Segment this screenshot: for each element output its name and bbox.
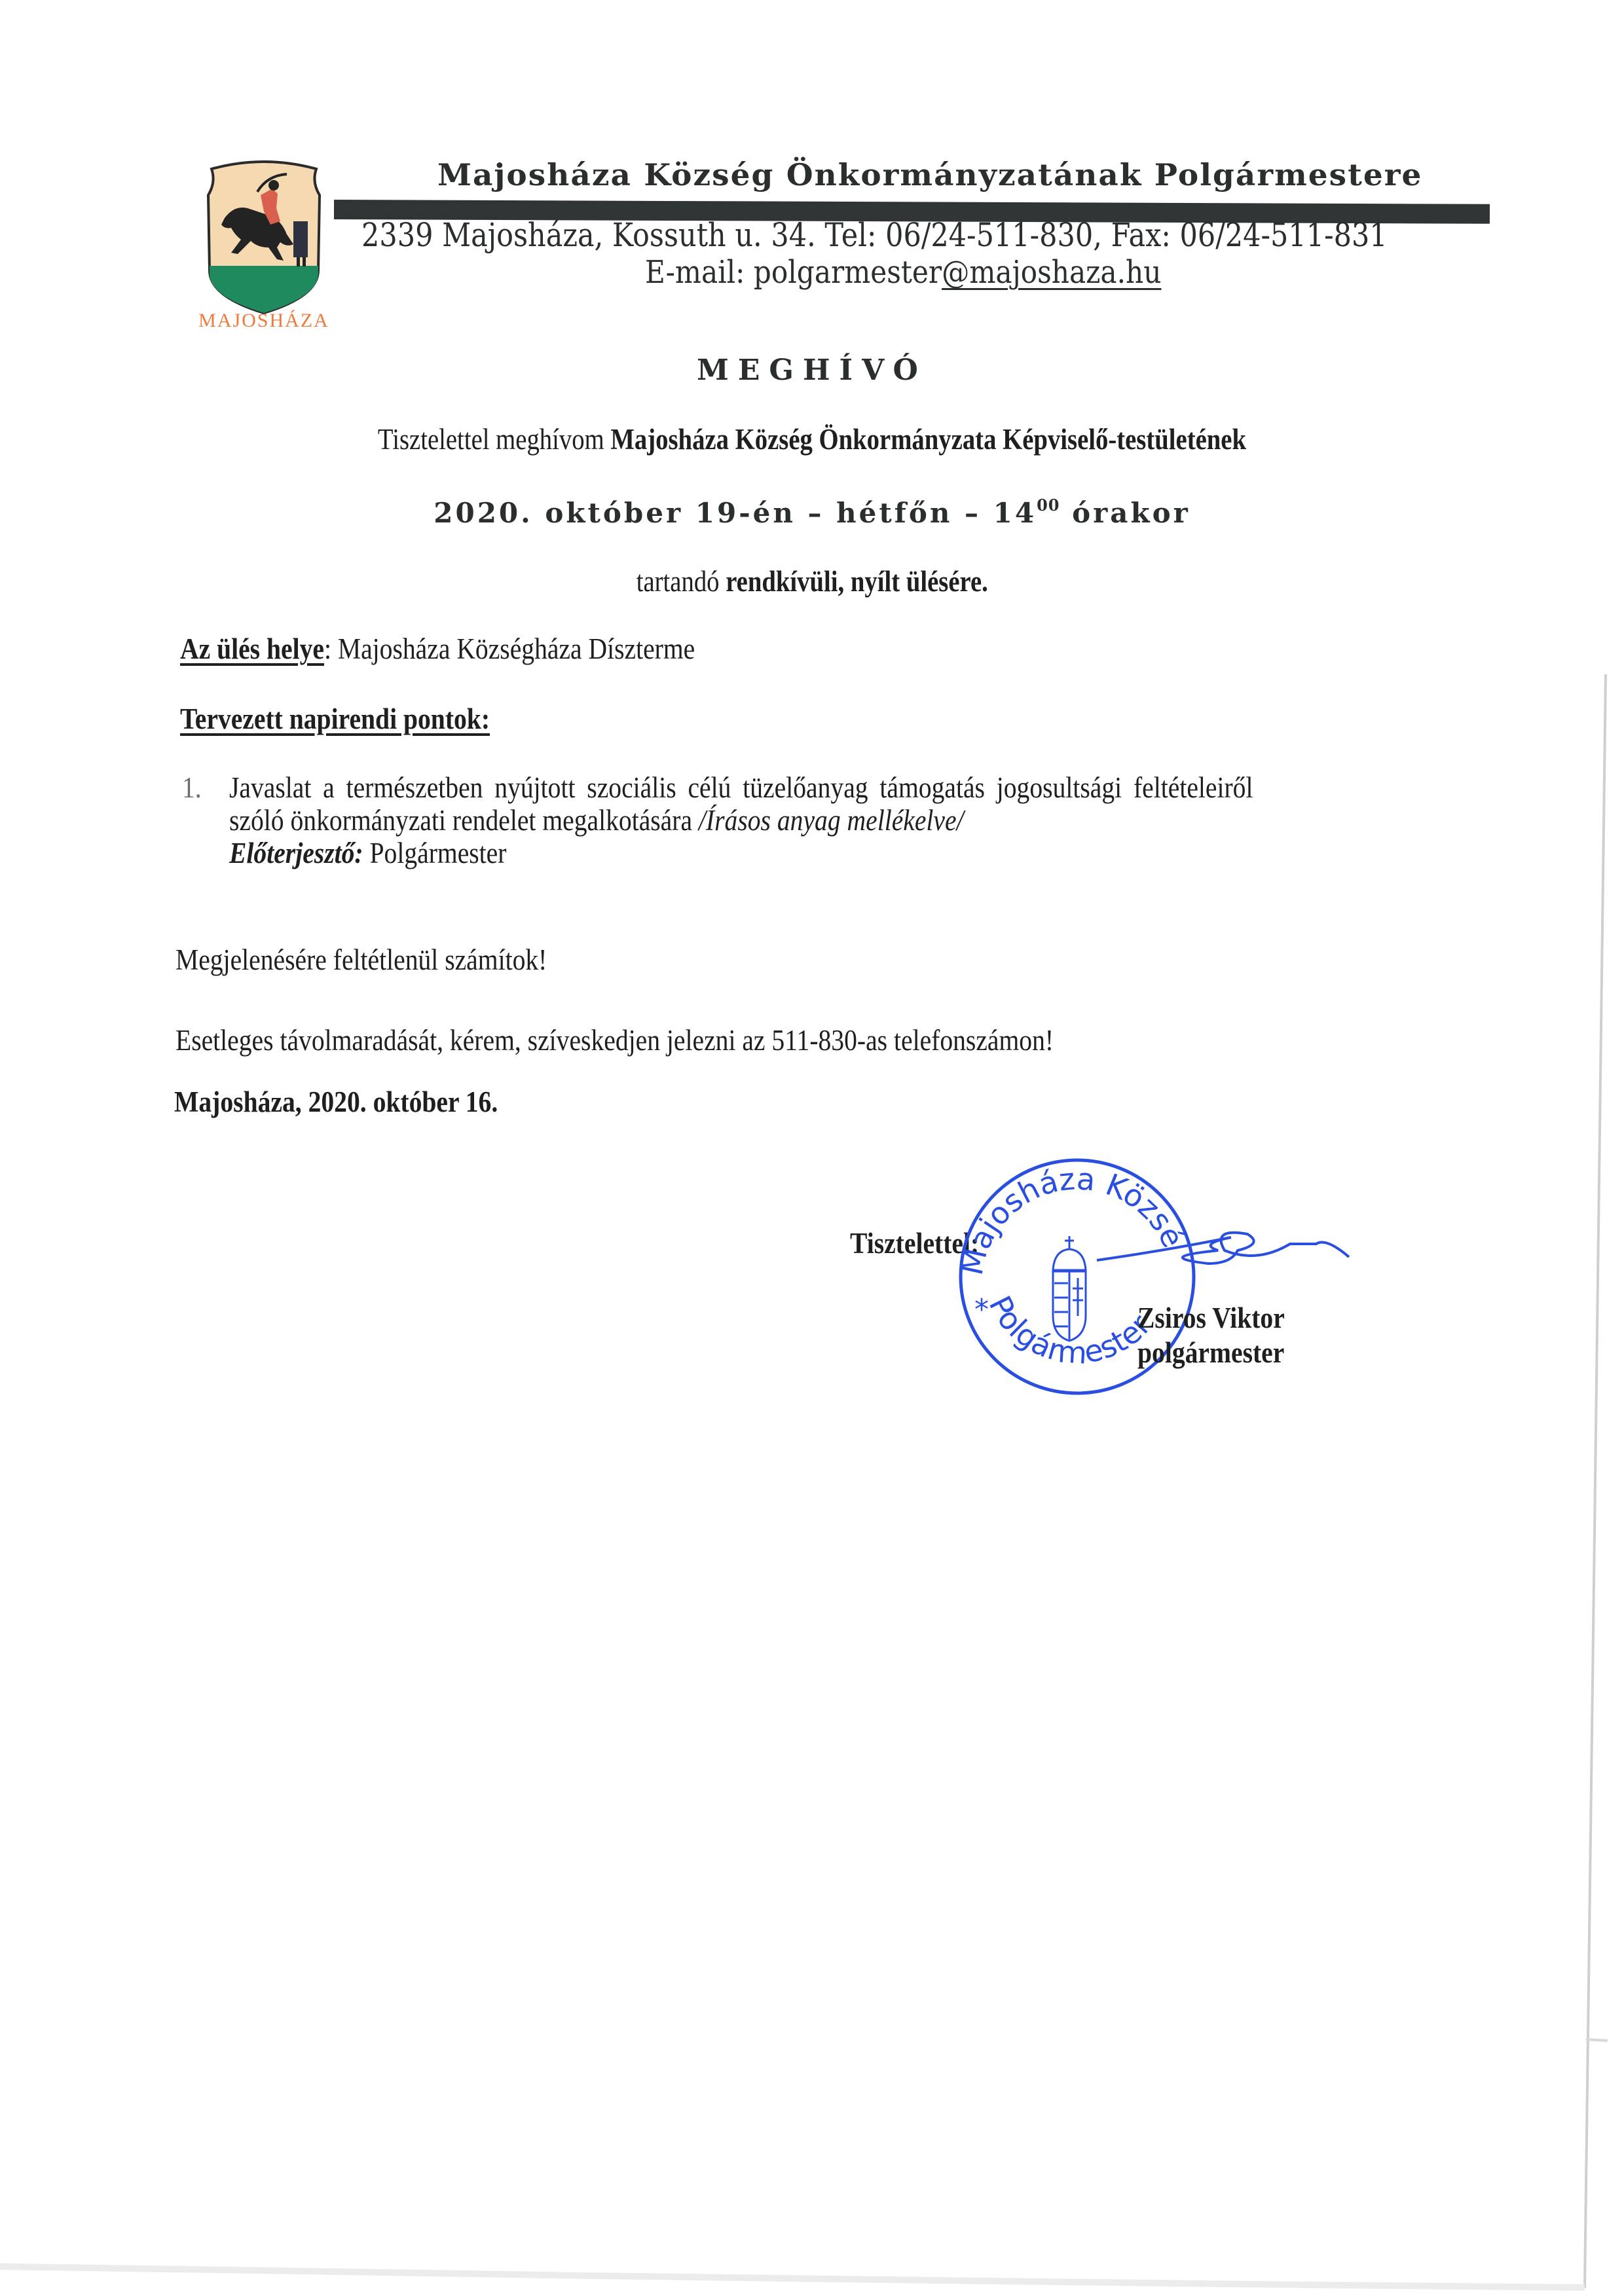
agenda-item-attachment-note: /Írásos anyag mellékelve/	[699, 804, 964, 837]
closing-line-1: Megjelenésére feltétlenül számítok!	[175, 943, 547, 977]
crest-logo: MAJOSHÁZA	[195, 156, 333, 333]
coat-of-arms-hussar-icon	[195, 156, 333, 333]
agenda-item-text-line2: szóló önkormányzati rendelet megalkotásá…	[229, 803, 964, 837]
hungarian-coat-of-arms-icon	[1053, 1236, 1086, 1341]
letterhead-title: Majosháza Község Önkormányzatának Polgár…	[437, 157, 1422, 192]
letterhead-address: 2339 Majosháza, Kossuth u. 34. Tel: 06/2…	[361, 216, 1388, 254]
venue-line: Az ülés helye: Majosháza Községháza Dísz…	[180, 632, 695, 666]
date-suffix: órakor	[1060, 497, 1190, 529]
letterhead-email: E-mail: polgarmester@majoshaza.hu	[645, 254, 1161, 291]
invite-line: Tisztelettel meghívom Majosháza Község Ö…	[0, 422, 1624, 456]
agenda-item-presenter: Előterjesztő: Polgármester	[229, 836, 506, 870]
venue-label: Az ülés helye	[180, 632, 324, 665]
email-link[interactable]: @majoshaza.hu	[942, 254, 1161, 291]
document-title: MEGHÍVÓ	[0, 354, 1624, 387]
signer-position: polgármester	[1137, 1336, 1284, 1370]
venue-colon: :	[324, 632, 331, 665]
email-label: E-mail: polgarmester	[645, 254, 942, 291]
crest-caption: MAJOSHÁZA	[195, 310, 333, 332]
scan-edge-artifact	[0, 0, 1624, 2296]
official-stamp: Majosháza Község Polgármester *	[950, 1152, 1408, 1427]
session-prefix: tartandó	[636, 565, 725, 598]
date-superscript: 00	[1037, 496, 1060, 515]
place-and-date: Majosháza, 2020. október 16.	[174, 1085, 498, 1119]
presenter-value: Polgármester	[363, 837, 507, 869]
session-line: tartandó rendkívüli, nyílt ülésére.	[0, 564, 1624, 598]
agenda-item-title-cont: szóló önkormányzati rendelet megalkotásá…	[229, 804, 699, 837]
stamp-top-text: Majosháza Község	[950, 1152, 1191, 1278]
agenda-heading: Tervezett napirendi pontok:	[180, 702, 490, 736]
agenda-item-number: 1.	[182, 771, 202, 805]
handwritten-signature	[1097, 1233, 1349, 1264]
meeting-date: 2020. október 19-én – hétfőn – 1400 órak…	[0, 496, 1624, 529]
invite-prefix: Tisztelettel meghívom	[378, 423, 610, 456]
presenter-label: Előterjesztő:	[229, 837, 363, 869]
session-body: rendkívüli, nyílt ülésére.	[726, 565, 988, 598]
invite-body: Majosháza Község Önkormányzata Képviselő…	[610, 423, 1246, 456]
agenda-item-text-line1: Javaslat a természetben nyújtott szociál…	[229, 771, 1253, 805]
closing-line-2: Esetleges távolmaradását, kérem, szívesk…	[175, 1023, 1054, 1057]
agenda-item-title: Javaslat a természetben nyújtott szociál…	[229, 771, 1253, 805]
venue-value: Majosháza Községháza Díszterme	[331, 632, 695, 665]
stamp-star: *	[974, 1293, 989, 1326]
date-main: 2020. október 19-én – hétfőn – 14	[434, 497, 1037, 529]
signer-name: Zsiros Viktor	[1137, 1301, 1285, 1335]
